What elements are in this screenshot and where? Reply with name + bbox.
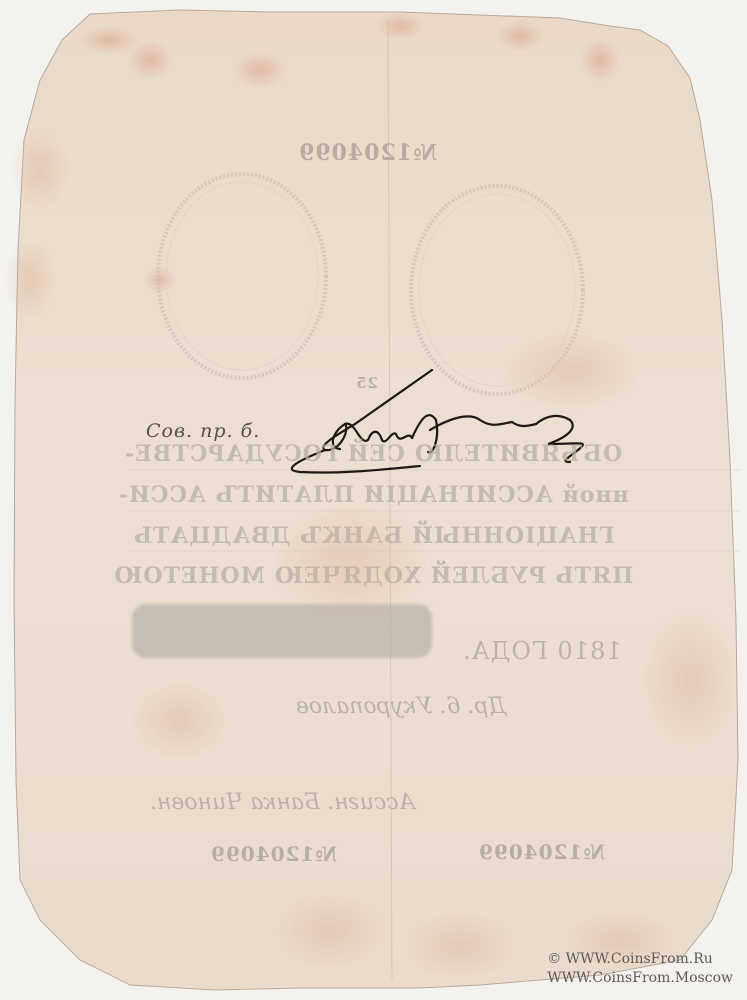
- credit-line-1: © WWW.CoinsFrom.Ru: [547, 950, 733, 969]
- credit-line-2: WWW.CoinsFrom.Moscow: [547, 969, 733, 988]
- serial-number-bottom-right: №1204099: [478, 840, 605, 864]
- serial-number-top: №1204099: [298, 140, 437, 166]
- bleed-text-line-1: ОБЪЯВИТЕЛЮ СЕЙ ГОСУДАРСТВЕ-: [0, 441, 747, 467]
- serial-number-bottom-left: №1204099: [210, 842, 337, 866]
- bleed-year: 1810 ГОДА.: [462, 637, 622, 665]
- printed-label: Сов. пр. б.: [146, 420, 260, 442]
- stamp-block: [132, 604, 432, 658]
- watermark-credit: © WWW.CoinsFrom.Ru WWW.CoinsFrom.Moscow: [547, 950, 733, 988]
- bleed-handwriting-2: Ассигн. Банка Чиновн.: [150, 790, 415, 815]
- bleed-text-line-4: ПЯТЬ РУБЛЕЙ ХОДЯЧЕЮ МОНЕТОЮ: [0, 563, 747, 589]
- bleed-text-line-3: ГНАЦІОННЫЙ БАНКЪ ДВАДЦАТЬ: [0, 523, 747, 549]
- bleed-handwriting-1: Др. 6. Укуропалов: [296, 694, 506, 719]
- bleed-text-line-2: нной АССИГНАЦІИ ПЛАТИТЪ АССИ-: [0, 482, 747, 508]
- banknote-paper: №1204099 25 Сов. пр. б. ОБЪЯВИТЕЛЮ СЕЙ Г…: [0, 0, 747, 1000]
- denomination-mark: 25: [355, 374, 378, 392]
